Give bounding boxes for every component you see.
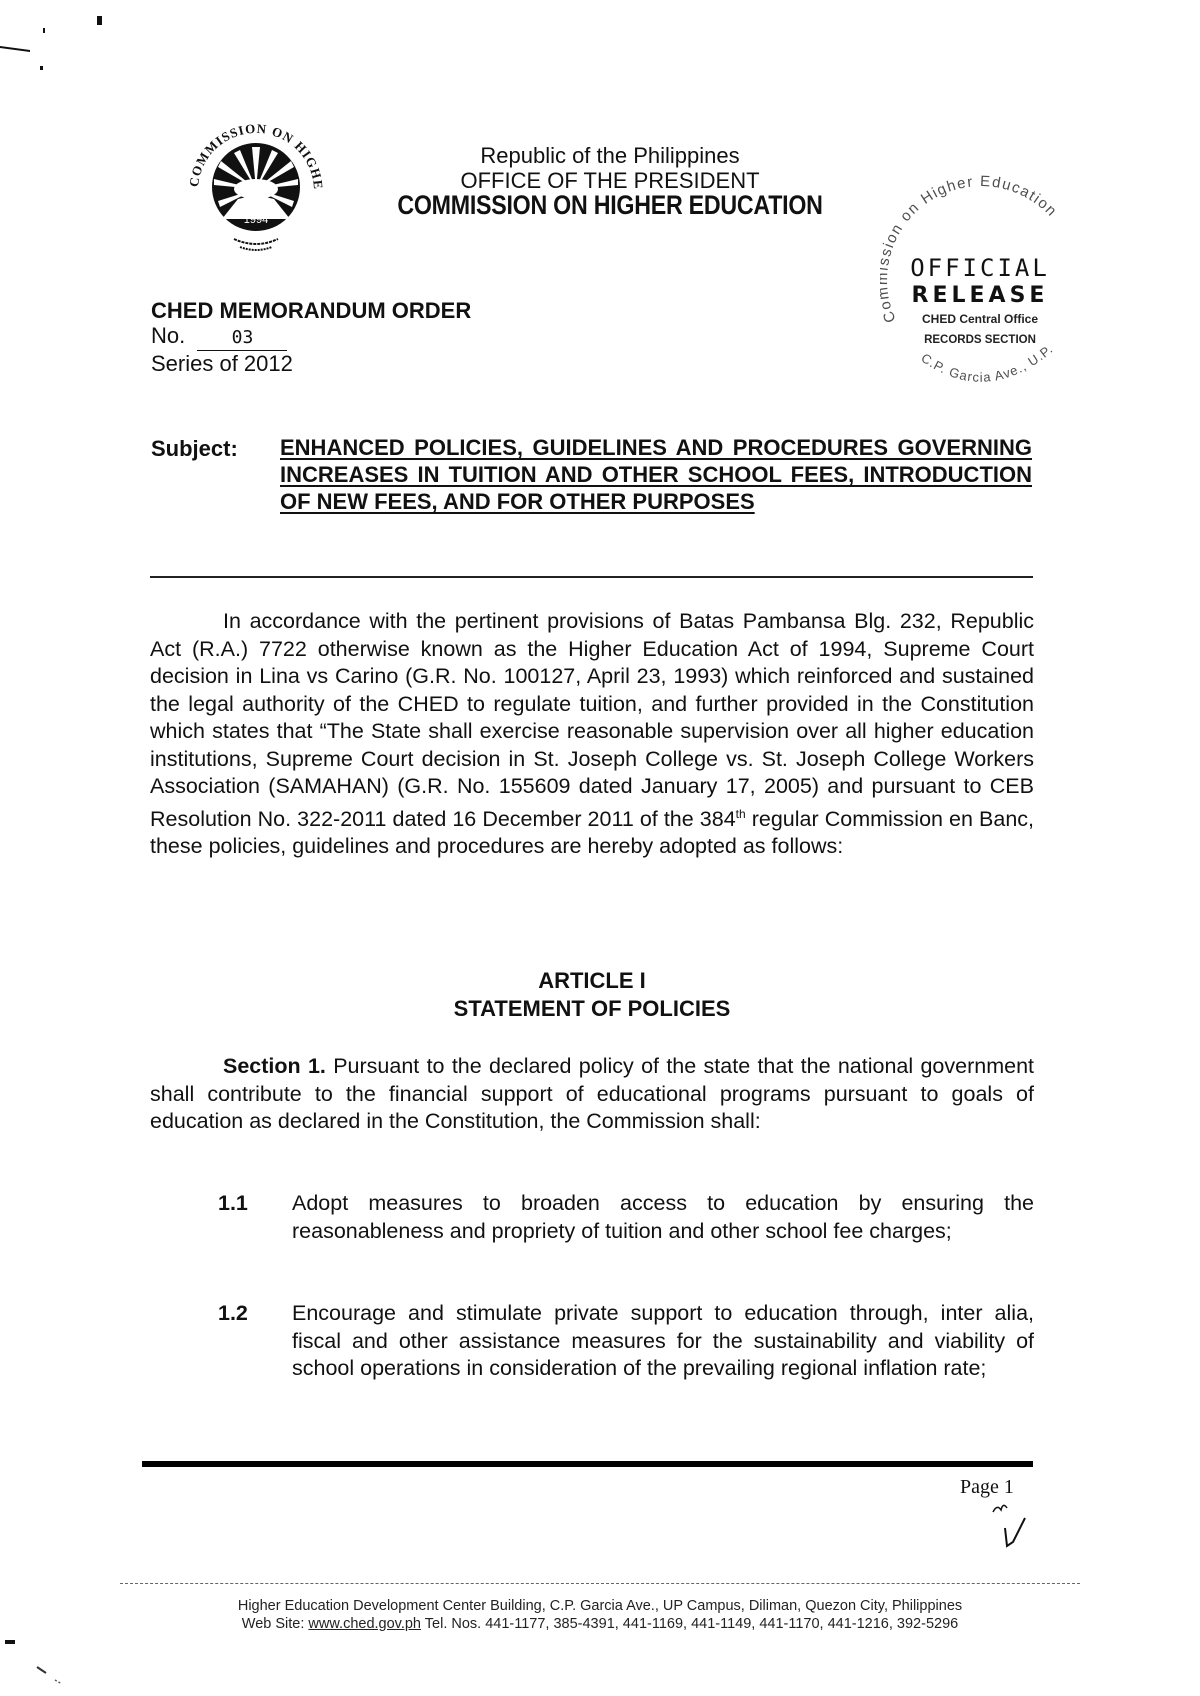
section-1-paragraph: Section 1. Pursuant to the declared poli… [150,1053,1034,1136]
subject-label: Subject: [151,436,238,462]
memo-order-block: CHED MEMORANDUM ORDER No. 03 Series of 2… [151,298,471,376]
intro-paragraph: In accordance with the pertinent provisi… [150,608,1034,861]
official-release-stamp: Commission on Higher Education OFFICIAL … [880,170,1075,400]
list-item: 1.2 Encourage and stimulate private supp… [218,1300,1034,1383]
subject-text: ENHANCED POLICIES, GUIDELINES AND PROCED… [280,434,1032,515]
contact-line: Web Site: www.ched.gov.ph Tel. Nos. 441-… [120,1615,1080,1633]
item-number: 1.2 [218,1300,248,1328]
memo-number-value: 03 [197,325,287,351]
ched-seal-logo: COMMISSION ON HIGHER EDUCATION 1994 [176,103,336,263]
item-text: Adopt measures to broaden access to educ… [292,1190,1034,1245]
website-link[interactable]: www.ched.gov.ph [308,1616,421,1632]
svg-text:RECORDS SECTION: RECORDS SECTION [924,334,1036,346]
letterhead: Republic of the Philippines OFFICE OF TH… [360,143,860,218]
republic-line: Republic of the Philippines [360,143,860,168]
article-title: STATEMENT OF POLICIES [150,995,1034,1023]
address-line: Higher Education Development Center Buil… [120,1597,1080,1615]
item-text: Encourage and stimulate private support … [292,1300,1034,1383]
svg-text:CHED Central Office: CHED Central Office [922,312,1038,326]
memo-series: Series of 2012 [151,351,471,376]
handwritten-initials [985,1490,1045,1550]
memo-number: No. 03 [151,323,471,351]
svg-text:1994: 1994 [244,214,268,226]
divider [150,576,1033,578]
article-heading: ARTICLE I STATEMENT OF POLICIES [150,967,1034,1023]
memo-title: CHED MEMORANDUM ORDER [151,298,471,323]
footer-divider [120,1583,1080,1584]
list-item: 1.1 Adopt measures to broaden access to … [218,1190,1034,1245]
item-number: 1.1 [218,1190,248,1218]
section-label: Section 1. [223,1054,326,1078]
article-number: ARTICLE I [150,967,1034,995]
svg-text:OFFICIAL: OFFICIAL [910,254,1050,282]
footer-address: Higher Education Development Center Buil… [120,1597,1080,1633]
agency-name: COMMISSION ON HIGHER EDUCATION [395,193,825,218]
svg-text:RELEASE: RELEASE [912,283,1049,308]
footer-rule [142,1461,1033,1467]
